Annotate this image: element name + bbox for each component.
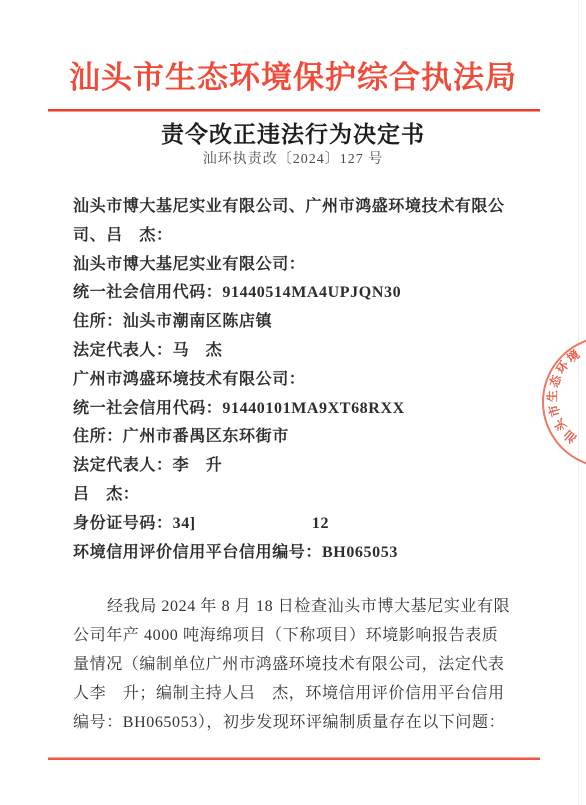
agency-title: 汕头市生态环境保护综合执法局 (0, 52, 586, 97)
document-title: 责令改正违法行为决定书 (0, 116, 586, 149)
credit-platform-number: 环境信用评价信用平台信用编号：BH065053 (73, 539, 543, 568)
paragraph-line: 人李 升；编制主持人吕 杰，环境信用评价信用平台信用 (73, 679, 543, 708)
document-number: 汕环执责改〔2024〕127 号 (0, 148, 586, 168)
paragraph-line: 经我局 2024 年 8 月 18 日检查汕头市博大基尼实业有限 (73, 592, 543, 621)
recipients-block: 汕头市博大基尼实业有限公司、广州市鸿盛环境技术有限公 司、吕 杰： 汕头市博大基… (73, 193, 543, 567)
recipient-line: 汕头市博大基尼实业有限公司、广州市鸿盛环境技术有限公 (73, 193, 543, 222)
footer-red-rule (48, 757, 540, 760)
person-id-number: 身份证号码：34] 12 (73, 510, 543, 539)
company2-credit-code: 统一社会信用代码：91440101MA9XT68RXX (73, 395, 543, 424)
person-name: 吕 杰： (73, 481, 543, 510)
official-red-seal (542, 336, 586, 468)
company2-name: 广州市鸿盛环境技术有限公司： (73, 366, 543, 395)
recipient-line: 司、吕 杰： (73, 222, 543, 251)
header-red-rule (48, 109, 540, 112)
paragraph-line: 公司年产 4000 吨海绵项目（下称项目）环境影响报告表质 (73, 621, 543, 650)
paragraph-line: 量情况（编制单位广州市鸿盛环境技术有限公司，法定代表 (73, 650, 543, 679)
company2-address: 住所：广州市番禺区东环街市 (73, 423, 543, 452)
company1-address: 住所：汕头市潮南区陈店镇 (73, 308, 543, 337)
company1-name: 汕头市博大基尼实业有限公司： (73, 251, 543, 280)
paragraph-line: 编号：BH065053），初步发现环评编制质量存在以下问题： (73, 708, 543, 737)
company1-legal-rep: 法定代表人：马 杰 (73, 337, 543, 366)
company2-legal-rep: 法定代表人：李 升 (73, 452, 543, 481)
company1-credit-code: 统一社会信用代码：91440514MA4UPJQN30 (73, 279, 543, 308)
body-paragraph: 经我局 2024 年 8 月 18 日检查汕头市博大基尼实业有限 公司年产 40… (73, 592, 543, 737)
document-page: 汕头市生态环境保护综合执法局 责令改正违法行为决定书 汕环执责改〔2024〕12… (0, 0, 586, 805)
